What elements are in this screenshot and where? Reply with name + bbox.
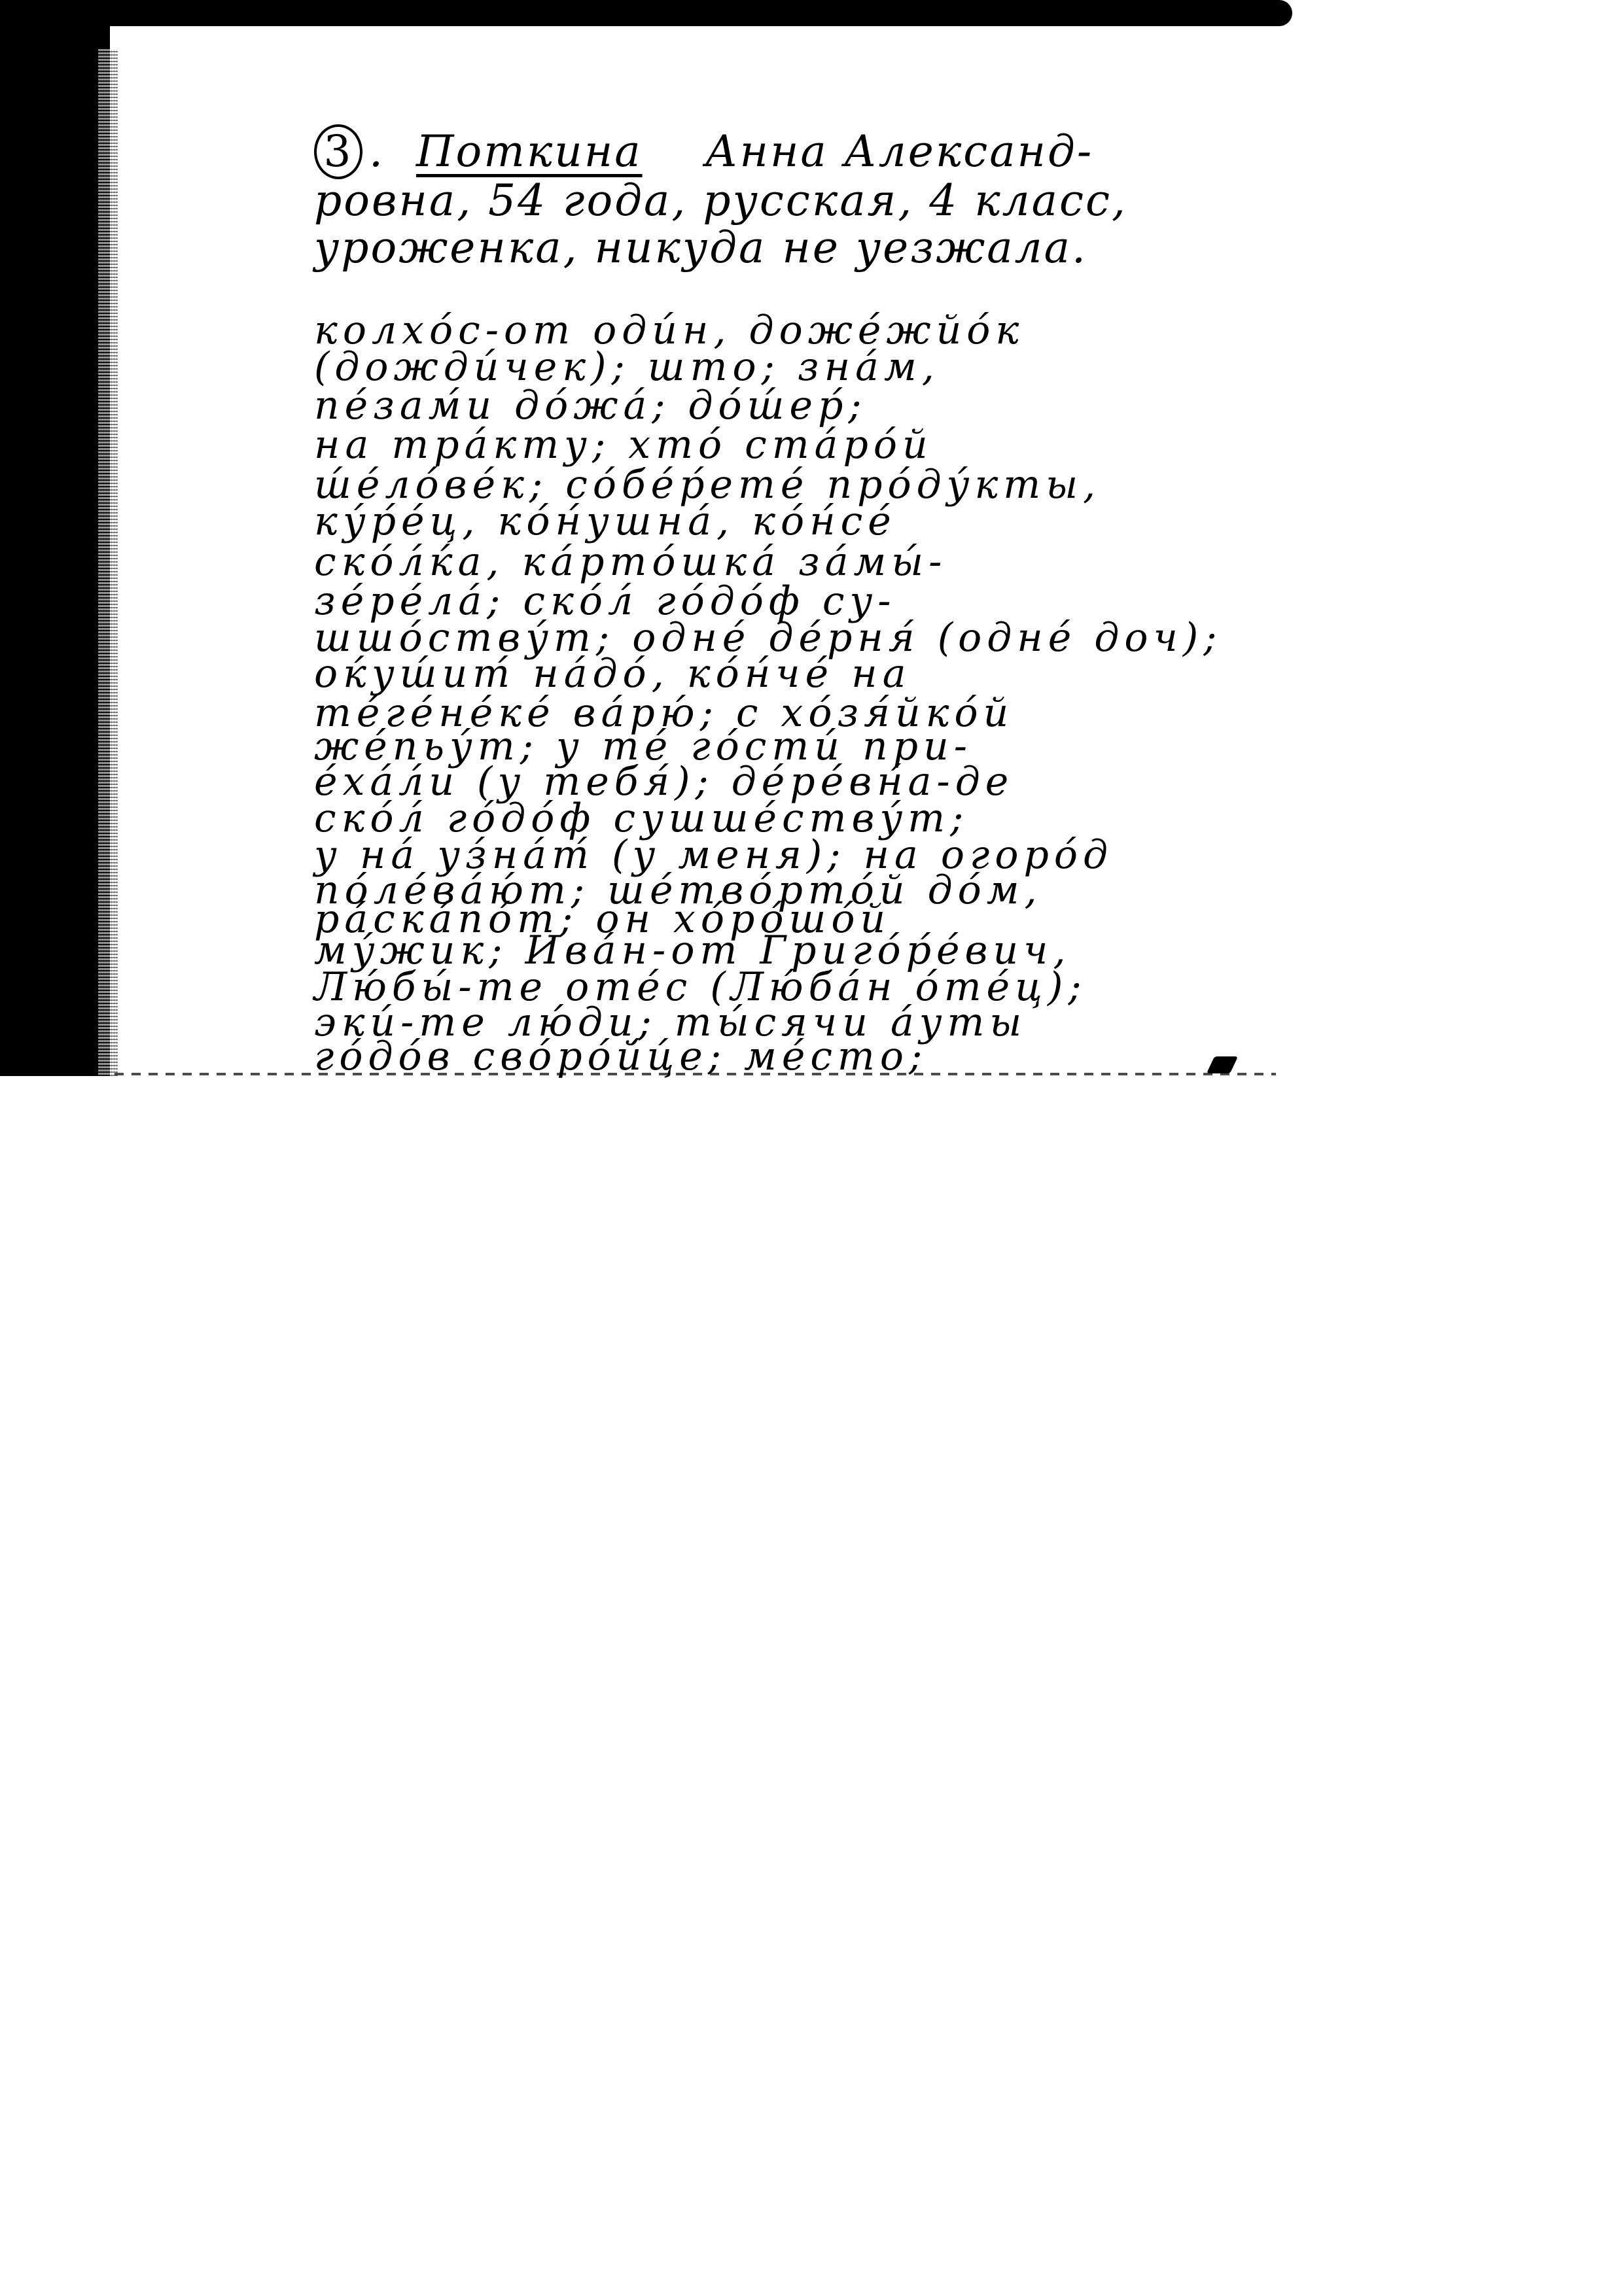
scan-top-shadow [0,0,1292,26]
page-left-edge-texture [98,49,118,1076]
body-line: на тра́кту; хто́ ста́ро́й [314,422,933,468]
page-bottom-edge [115,1073,1276,1075]
informant-name-part: Анна Александ- [705,126,1094,177]
header-line-1: 3. Поткина Анна Александ- [314,124,1093,179]
entry-number-circle: 3 [314,124,362,179]
header-line-2: ровна, 54 года, русская, 4 класс, [314,175,1127,226]
body-line: ку́р́е́ц, ко́н́ушна́, ко́н́се́ [314,498,896,544]
informant-surname: Поткина [416,126,643,177]
header-dot: . [369,126,385,177]
header-line-3: уроженка, никуда не уезжала. [314,222,1087,273]
scan-left-shadow [0,26,110,1076]
